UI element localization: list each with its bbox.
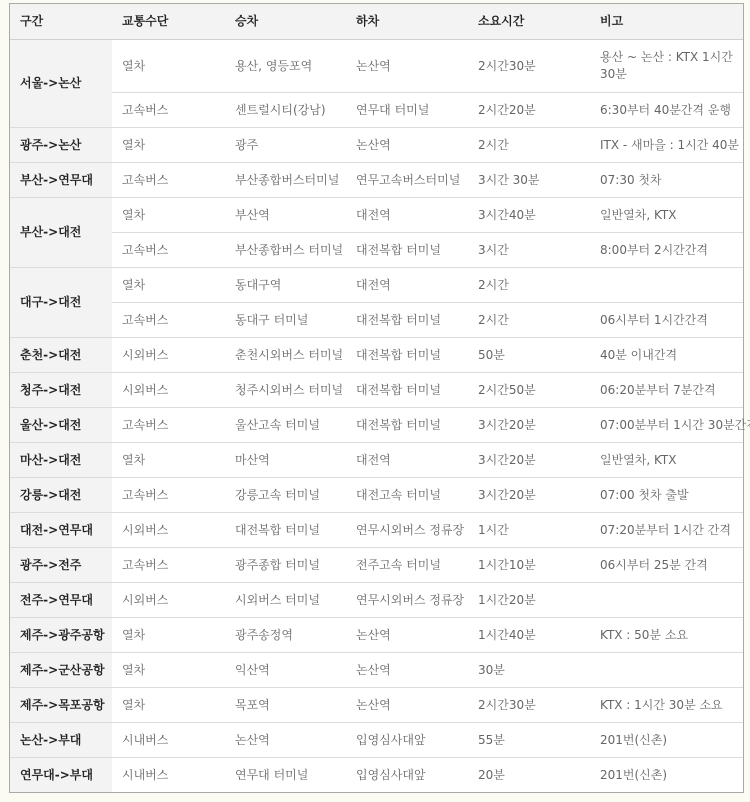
boarding-cell: 춘천시외버스 터미널 xyxy=(225,338,346,373)
route-cell: 부산->연무대 xyxy=(10,163,112,198)
table-row: 청주->대전 시외버스 청주시외버스 터미널 대전복합 터미널 2시간50분 0… xyxy=(10,373,743,408)
table-row: 대구->대전 열차 동대구역 대전역 2시간 xyxy=(10,268,743,303)
header-note: 비고 xyxy=(590,4,743,40)
mode-cell: 고속버스 xyxy=(112,478,225,513)
duration-cell: 50분 xyxy=(468,338,590,373)
alighting-cell: 대전역 xyxy=(346,443,468,478)
alighting-cell: 대전복합 터미널 xyxy=(346,303,468,338)
boarding-cell: 광주 xyxy=(225,128,346,163)
mode-cell: 열차 xyxy=(112,688,225,723)
duration-cell: 2시간50분 xyxy=(468,373,590,408)
transport-table-container: 구간 교통수단 승차 하차 소요시간 비고 서울->논산 열차 용산, 영등포역… xyxy=(9,3,744,793)
boarding-cell: 강릉고속 터미널 xyxy=(225,478,346,513)
mode-cell: 열차 xyxy=(112,618,225,653)
alighting-cell: 연무고속버스터미널 xyxy=(346,163,468,198)
alighting-cell: 논산역 xyxy=(346,688,468,723)
alighting-cell: 논산역 xyxy=(346,653,468,688)
duration-cell: 55분 xyxy=(468,723,590,758)
boarding-cell: 부산종합버스터미널 xyxy=(225,163,346,198)
duration-cell: 3시간 30분 xyxy=(468,163,590,198)
duration-cell: 2시간30분 xyxy=(468,40,590,93)
route-cell: 광주->논산 xyxy=(10,128,112,163)
boarding-cell: 시외버스 터미널 xyxy=(225,583,346,618)
note-cell: 06시부터 25분 간격 xyxy=(590,548,743,583)
mode-cell: 시내버스 xyxy=(112,723,225,758)
table-row: 울산->대전 고속버스 울산고속 터미널 대전복합 터미널 3시간20분 07:… xyxy=(10,408,743,443)
alighting-cell: 대전역 xyxy=(346,268,468,303)
note-cell: 06:20분부터 7분간격 xyxy=(590,373,743,408)
mode-cell: 열차 xyxy=(112,653,225,688)
note-cell: 07:20분부터 1시간 간격 xyxy=(590,513,743,548)
duration-cell: 3시간20분 xyxy=(468,443,590,478)
mode-cell: 고속버스 xyxy=(112,93,225,128)
boarding-cell: 울산고속 터미널 xyxy=(225,408,346,443)
table-header-row: 구간 교통수단 승차 하차 소요시간 비고 xyxy=(10,4,743,40)
route-cell: 부산->대전 xyxy=(10,198,112,268)
note-cell xyxy=(590,268,743,303)
note-cell xyxy=(590,653,743,688)
boarding-cell: 광주종합 터미널 xyxy=(225,548,346,583)
note-cell: 일반열차, KTX xyxy=(590,443,743,478)
route-cell: 춘천->대전 xyxy=(10,338,112,373)
alighting-cell: 논산역 xyxy=(346,618,468,653)
table-row: 마산->대전 열차 마산역 대전역 3시간20분 일반열차, KTX xyxy=(10,443,743,478)
mode-cell: 시외버스 xyxy=(112,583,225,618)
mode-cell: 시외버스 xyxy=(112,513,225,548)
boarding-cell: 논산역 xyxy=(225,723,346,758)
route-cell: 강릉->대전 xyxy=(10,478,112,513)
mode-cell: 시외버스 xyxy=(112,338,225,373)
route-cell: 전주->연무대 xyxy=(10,583,112,618)
duration-cell: 3시간40분 xyxy=(468,198,590,233)
duration-cell: 2시간20분 xyxy=(468,93,590,128)
header-alighting: 하차 xyxy=(346,4,468,40)
note-cell xyxy=(590,583,743,618)
table-row: 고속버스 센트럴시티(강남) 연무대 터미널 2시간20분 6:30부터 40분… xyxy=(10,93,743,128)
duration-cell: 1시간40분 xyxy=(468,618,590,653)
alighting-cell: 대전복합 터미널 xyxy=(346,373,468,408)
alighting-cell: 대전복합 터미널 xyxy=(346,233,468,268)
boarding-cell: 대전복합 터미널 xyxy=(225,513,346,548)
route-cell: 대구->대전 xyxy=(10,268,112,338)
route-cell: 논산->부대 xyxy=(10,723,112,758)
note-cell: 07:30 첫차 xyxy=(590,163,743,198)
boarding-cell: 목포역 xyxy=(225,688,346,723)
table-row: 고속버스 부산종합버스 터미널 대전복합 터미널 3시간 8:00부터 2시간간… xyxy=(10,233,743,268)
table-row: 춘천->대전 시외버스 춘천시외버스 터미널 대전복합 터미널 50분 40분 … xyxy=(10,338,743,373)
duration-cell: 2시간 xyxy=(468,128,590,163)
boarding-cell: 마산역 xyxy=(225,443,346,478)
table-row: 광주->논산 열차 광주 논산역 2시간 ITX - 새마을 : 1시간 40분 xyxy=(10,128,743,163)
mode-cell: 고속버스 xyxy=(112,408,225,443)
alighting-cell: 대전역 xyxy=(346,198,468,233)
route-cell: 서울->논산 xyxy=(10,40,112,128)
route-cell: 제주->광주공항 xyxy=(10,618,112,653)
duration-cell: 2시간30분 xyxy=(468,688,590,723)
boarding-cell: 부산종합버스 터미널 xyxy=(225,233,346,268)
mode-cell: 시외버스 xyxy=(112,373,225,408)
alighting-cell: 연무시외버스 정류장 xyxy=(346,513,468,548)
note-cell: 일반열차, KTX xyxy=(590,198,743,233)
mode-cell: 열차 xyxy=(112,128,225,163)
alighting-cell: 전주고속 터미널 xyxy=(346,548,468,583)
table-row: 강릉->대전 고속버스 강릉고속 터미널 대전고속 터미널 3시간20분 07:… xyxy=(10,478,743,513)
route-cell: 제주->군산공항 xyxy=(10,653,112,688)
note-cell: 06시부터 1시간간격 xyxy=(590,303,743,338)
note-cell: 07:00 첫차 출발 xyxy=(590,478,743,513)
alighting-cell: 입영심사대앞 xyxy=(346,758,468,793)
mode-cell: 열차 xyxy=(112,40,225,93)
alighting-cell: 논산역 xyxy=(346,128,468,163)
note-cell: 201번(신촌) xyxy=(590,723,743,758)
header-duration: 소요시간 xyxy=(468,4,590,40)
mode-cell: 고속버스 xyxy=(112,163,225,198)
route-cell: 마산->대전 xyxy=(10,443,112,478)
duration-cell: 2시간 xyxy=(468,303,590,338)
table-row: 대전->연무대 시외버스 대전복합 터미널 연무시외버스 정류장 1시간 07:… xyxy=(10,513,743,548)
mode-cell: 열차 xyxy=(112,443,225,478)
transport-table: 구간 교통수단 승차 하차 소요시간 비고 서울->논산 열차 용산, 영등포역… xyxy=(10,4,743,792)
header-boarding: 승차 xyxy=(225,4,346,40)
mode-cell: 시내버스 xyxy=(112,758,225,793)
table-row: 고속버스 동대구 터미널 대전복합 터미널 2시간 06시부터 1시간간격 xyxy=(10,303,743,338)
note-cell: 6:30부터 40분간격 운행 xyxy=(590,93,743,128)
note-cell: 07:00분부터 1시간 30분간격 xyxy=(590,408,743,443)
route-cell: 대전->연무대 xyxy=(10,513,112,548)
duration-cell: 1시간20분 xyxy=(468,583,590,618)
table-row: 광주->전주 고속버스 광주종합 터미널 전주고속 터미널 1시간10분 06시… xyxy=(10,548,743,583)
mode-cell: 고속버스 xyxy=(112,303,225,338)
route-cell: 광주->전주 xyxy=(10,548,112,583)
table-row: 제주->목포공항 열차 목포역 논산역 2시간30분 KTX : 1시간 30분… xyxy=(10,688,743,723)
duration-cell: 20분 xyxy=(468,758,590,793)
table-row: 연무대->부대 시내버스 연무대 터미널 입영심사대앞 20분 201번(신촌) xyxy=(10,758,743,793)
note-cell: 40분 이내간격 xyxy=(590,338,743,373)
alighting-cell: 대전복합 터미널 xyxy=(346,408,468,443)
alighting-cell: 대전고속 터미널 xyxy=(346,478,468,513)
boarding-cell: 부산역 xyxy=(225,198,346,233)
boarding-cell: 센트럴시티(강남) xyxy=(225,93,346,128)
duration-cell: 1시간 xyxy=(468,513,590,548)
route-cell: 청주->대전 xyxy=(10,373,112,408)
alighting-cell: 대전복합 터미널 xyxy=(346,338,468,373)
table-row: 전주->연무대 시외버스 시외버스 터미널 연무시외버스 정류장 1시간20분 xyxy=(10,583,743,618)
note-cell: 용산 ~ 논산 : KTX 1시간 30분 xyxy=(590,40,743,93)
duration-cell: 2시간 xyxy=(468,268,590,303)
boarding-cell: 익산역 xyxy=(225,653,346,688)
mode-cell: 열차 xyxy=(112,268,225,303)
header-route: 구간 xyxy=(10,4,112,40)
mode-cell: 고속버스 xyxy=(112,233,225,268)
boarding-cell: 용산, 영등포역 xyxy=(225,40,346,93)
table-row: 부산->연무대 고속버스 부산종합버스터미널 연무고속버스터미널 3시간 30분… xyxy=(10,163,743,198)
route-cell: 울산->대전 xyxy=(10,408,112,443)
table-row: 서울->논산 열차 용산, 영등포역 논산역 2시간30분 용산 ~ 논산 : … xyxy=(10,40,743,93)
alighting-cell: 논산역 xyxy=(346,40,468,93)
duration-cell: 30분 xyxy=(468,653,590,688)
boarding-cell: 광주송정역 xyxy=(225,618,346,653)
duration-cell: 3시간20분 xyxy=(468,408,590,443)
duration-cell: 3시간20분 xyxy=(468,478,590,513)
table-row: 제주->군산공항 열차 익산역 논산역 30분 xyxy=(10,653,743,688)
boarding-cell: 동대구 터미널 xyxy=(225,303,346,338)
boarding-cell: 청주시외버스 터미널 xyxy=(225,373,346,408)
boarding-cell: 연무대 터미널 xyxy=(225,758,346,793)
note-cell: 201번(신촌) xyxy=(590,758,743,793)
table-row: 논산->부대 시내버스 논산역 입영심사대앞 55분 201번(신촌) xyxy=(10,723,743,758)
mode-cell: 열차 xyxy=(112,198,225,233)
note-cell: KTX : 50분 소요 xyxy=(590,618,743,653)
route-cell: 제주->목포공항 xyxy=(10,688,112,723)
route-cell: 연무대->부대 xyxy=(10,758,112,793)
note-cell: KTX : 1시간 30분 소요 xyxy=(590,688,743,723)
alighting-cell: 연무시외버스 정류장 xyxy=(346,583,468,618)
mode-cell: 고속버스 xyxy=(112,548,225,583)
table-row: 제주->광주공항 열차 광주송정역 논산역 1시간40분 KTX : 50분 소… xyxy=(10,618,743,653)
note-cell: 8:00부터 2시간간격 xyxy=(590,233,743,268)
table-row: 부산->대전 열차 부산역 대전역 3시간40분 일반열차, KTX xyxy=(10,198,743,233)
duration-cell: 1시간10분 xyxy=(468,548,590,583)
alighting-cell: 연무대 터미널 xyxy=(346,93,468,128)
note-cell: ITX - 새마을 : 1시간 40분 xyxy=(590,128,743,163)
alighting-cell: 입영심사대앞 xyxy=(346,723,468,758)
boarding-cell: 동대구역 xyxy=(225,268,346,303)
duration-cell: 3시간 xyxy=(468,233,590,268)
header-mode: 교통수단 xyxy=(112,4,225,40)
